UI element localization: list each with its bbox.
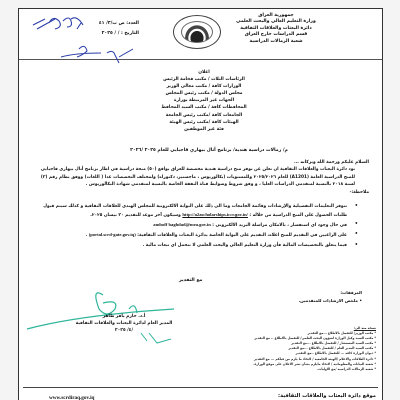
note-item: على الراغبين في التقديم للمنح اعلاه، الت… (33, 231, 347, 239)
main-paragraph: تود دائرة البعثات والعلاقات الثقافية ان … (33, 166, 369, 188)
attachment-item: • ملخص الارشادات للمتقدمين. (232, 297, 362, 305)
contact-email-link[interactable]: amboff baghdad@mea.gov.in (153, 222, 211, 227)
addressee: المحافظات كافة / مكتب السيد المحافظ (129, 104, 279, 111)
footer-divider (23, 387, 378, 388)
addressee: الجهات غير المرتبطة بوزارة (129, 97, 279, 104)
ministry-line: شعبة الزمالات الدراسية (206, 39, 346, 45)
attachments-title: المرفقات: (232, 289, 362, 297)
addressee: الرئاسات الثلاث / مكتب فخامة الرئيس (129, 76, 279, 83)
cc-item: * شعبة الزمالات الدراسية /مع الاوليات. (206, 367, 376, 372)
notes-title: ملاحظة:- (33, 189, 369, 196)
addressee: الجامعات كافة /مكتب رئيس الجامعة (129, 112, 279, 119)
signatory-title: المدير العام لدائرة البعثات والعلاقات ال… (39, 320, 209, 327)
addressee-list: اعلان الرئاسات الثلاث / مكتب فخامة الرئي… (129, 69, 279, 133)
signatory-name: أ.د. حازم باقر طاهر (39, 313, 209, 320)
footer-website-link[interactable]: www.scrdiraq.gov.iq (49, 395, 94, 400)
scholarship-portal-link[interactable]: http://a2ascholarships.iccr.gov.in/ (182, 212, 248, 217)
letterhead: جمهورية العراق وزارة التعليم العالي والب… (19, 9, 382, 60)
regards-line: مع التقدير (179, 278, 202, 283)
footer-label: موقع دائرة البعثات والعلاقات الثقافية: (278, 393, 376, 399)
addressee: الهيئات كافة /مكتب رئيس الهيئة (129, 119, 279, 126)
signature-date: /٤/ ٢٠٢٥ (39, 327, 209, 334)
letter-page: جمهورية العراق وزارة التعليم العالي والب… (18, 8, 383, 400)
carbon-copy-list: نسخة منه الى: * مكتب الوزير/ للتفضل بالا… (206, 326, 376, 372)
notes-list: تتوفر التعليمات التفصيلية والإرشادات وقا… (33, 203, 369, 248)
addressee: مجلس الدولة / مكتب رئيس المجلس (129, 90, 279, 97)
ministry-seal-logo (173, 15, 221, 49)
note-item: تتوفر التعليمات التفصيلية والإرشادات وقا… (33, 203, 347, 219)
announcement-title: اعلان (129, 69, 279, 76)
seal-emblem-icon (181, 21, 213, 43)
attachments-section: المرفقات: • ملخص الارشادات للمتقدمين. (232, 289, 362, 305)
note-item: فيما يتعلق بالتخصيصات المالية فأن وزارة … (33, 242, 347, 249)
signature-block: أ.د. حازم باقر طاهر المدير العام لدائرة … (39, 313, 209, 334)
reference-number: العدد: ص ب/٣/ ٤١ (69, 19, 139, 29)
addressee: الوزارات كافة / مكتب معالي الوزير (129, 83, 279, 90)
scrd-gate-portal-link[interactable]: (portal.scrd-gate.gov.iq) (89, 232, 136, 237)
letter-subject: م/ زمالات دراسية هندية/ برنامج أتال بيها… (79, 148, 339, 153)
ministry-header: جمهورية العراق وزارة التعليم العالي والب… (206, 13, 346, 45)
greeting: السلام عليكم ورحمة الله وبركاته ... (33, 159, 369, 166)
letter-date: التاريخ : / / ٢٠٢٥ (69, 29, 139, 39)
addressee: فئة غير الموظفين (129, 126, 279, 133)
note-item: في حال وجود اي استفسار ، بالامكان مراسلة… (33, 221, 347, 229)
letter-body: السلام عليكم ورحمة الله وبركاته ... تود … (33, 159, 369, 251)
reference-box: العدد: ص ب/٣/ ٤١ التاريخ : / / ٢٠٢٥ (69, 19, 139, 39)
